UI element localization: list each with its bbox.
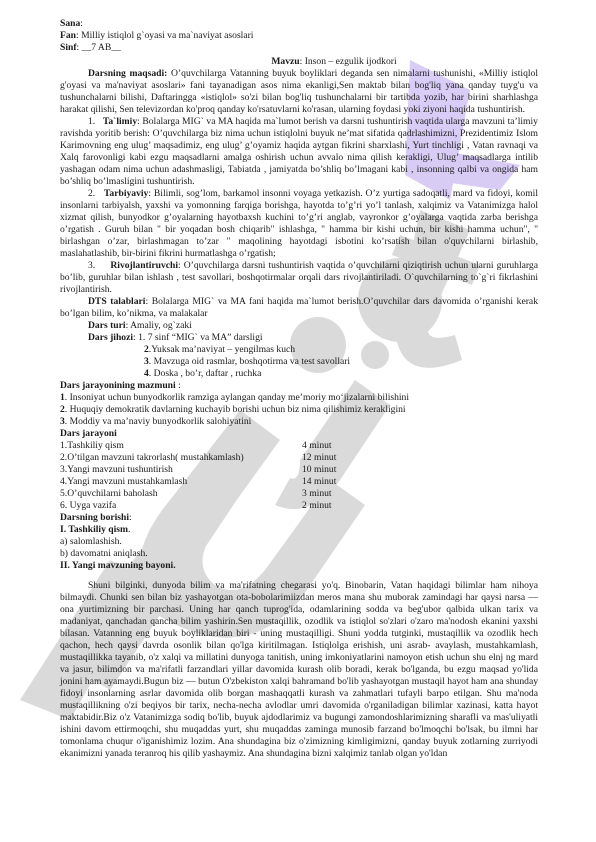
jihoz-text: . 7 sinf “MIG` va MA” darsligi (143, 332, 263, 343)
jihoz-item: 2.Yuksak ma’naviyat – yengilmas kuch (60, 344, 538, 356)
dts-label: DTS talablari (88, 296, 145, 307)
schedule-row: 2.O’tilgan mavzuni takrorlash( mustahkam… (60, 452, 538, 464)
section1-suffix: . (128, 524, 130, 535)
goal-label: Ta`limiy (103, 116, 137, 127)
goal-label: Tarbiyaviy (104, 188, 148, 199)
mazmun-text: . Moddiy va ma’naviy bunyodkorlik salohi… (65, 416, 252, 427)
dars-turi-line: Dars turi: Amaliy, og`zaki (60, 320, 538, 332)
mavzu-value: Inson – ezgulik ijodkori (305, 56, 397, 67)
mavzu-label: Mavzu (271, 56, 299, 67)
goal-talimiy: 1. Ta`limiy: Bolalarga MIG` va MA haqida… (60, 116, 538, 188)
maqsad-label: Darsning maqsadi: (88, 68, 167, 79)
fan-line: Fan: Milliy istiqlol g`oyasi va ma`naviy… (60, 30, 538, 42)
schedule-row: 6. Uyga vazifa2 minut (60, 500, 538, 512)
schedule-task: 4.Yangi mavzuni mustahkamlash (60, 476, 302, 488)
jarayon-heading: Dars jarayoni (60, 428, 538, 440)
schedule-row: 5.O’quvchilarni baholash3 minut (60, 488, 538, 500)
section1-title: I. Tashkiliy qism (60, 524, 128, 535)
lesson-plan: Sana: Fan: Milliy istiqlol g`oyasi va ma… (60, 18, 538, 760)
schedule-task: 5.O’quvchilarni baholash (60, 488, 302, 500)
schedule-duration: 3 minut (302, 488, 362, 500)
schedule-table: 1.Tashkiliy qism4 minut2.O’tilgan mavzun… (60, 440, 538, 512)
dts-paragraph: DTS talablari: Bolalarga MIG` va MA fani… (60, 296, 538, 320)
borishi-suffix: : (129, 512, 132, 523)
fan-value: Milliy istiqlol g`oyasi va ma`naviyat as… (81, 30, 253, 41)
goal-number: 2. (88, 188, 95, 199)
mazmun-item: 2. Huquqiy demokratik davlarning kuchayi… (60, 404, 538, 416)
goal-rivojlantiruvchi: 3. Rivojlantiruvchi: O’quvchilarga darsn… (60, 260, 538, 296)
goal-number: 1. (88, 116, 95, 127)
jihoz-text: . Mavzuga oid rasmlar, boshqotirma va te… (149, 356, 350, 367)
schedule-task: 1.Tashkiliy qism (60, 440, 302, 452)
borishi-heading: Darsning borishi: (60, 512, 538, 524)
goal-label: Rivojlantiruvchi (110, 260, 178, 271)
sinf-value: __7 AB__ (82, 42, 121, 53)
dars-turi-value: : Amaliy, og`zaki (126, 320, 192, 331)
fan-label: Fan (60, 30, 76, 41)
mazmun-label: Dars jarayonining mazmuni (60, 380, 176, 391)
sana-label: Sana (60, 18, 80, 29)
schedule-duration: 4 minut (302, 440, 362, 452)
section1-item: b) davomatni aniqlash. (60, 548, 538, 560)
mazmun-item: 3. Moddiy va ma’naviy bunyodkorlik saloh… (60, 416, 538, 428)
mazmun-suffix: : (176, 380, 181, 391)
mazmun-item: 1. Insoniyat uchun bunyodkorlik ramziga … (60, 392, 538, 404)
schedule-duration: 12 minut (302, 452, 362, 464)
schedule-task: 6. Uyga vazifa (60, 500, 302, 512)
mazmun-text: . Insoniyat uchun bunyodkorlik ramziga a… (65, 392, 409, 403)
borishi-label: Darsning borishi (60, 512, 129, 523)
section2-heading: II. Yangi mavzuning bayoni. (60, 560, 538, 572)
mazmun-heading: Dars jarayonining mazmuni : (60, 380, 538, 392)
schedule-duration: 10 minut (302, 464, 362, 476)
schedule-row: 1.Tashkiliy qism4 minut (60, 440, 538, 452)
jihoz-item: 3. Mavzuga oid rasmlar, boshqotirma va t… (60, 356, 538, 368)
goal-number: 3. (88, 260, 95, 271)
schedule-duration: 2 minut (302, 500, 362, 512)
sinf-label: Sinf (60, 42, 77, 53)
maqsad-paragraph: Darsning maqsadi: O’quvchilarga Vatannin… (60, 68, 538, 116)
body-paragraph: Shuni bilginki, dunyoda bilim va ma'rifa… (60, 580, 538, 760)
section1-item: a) salomlashish. (60, 536, 538, 548)
goal-tarbiyaviy: 2. Tarbiyaviy: Bilimli, sog’lom, barkamo… (60, 188, 538, 260)
jihoz-item: 4. Doska , bo’r, daftar , ruchka (60, 368, 538, 380)
jihoz-text: . Doska , bo’r, daftar , ruchka (149, 368, 262, 379)
schedule-duration: 14 minut (302, 476, 362, 488)
sana-line: Sana: (60, 18, 538, 30)
sinf-line: Sinf: __7 AB__ (60, 42, 538, 54)
schedule-row: 3.Yangi mavzuni tushuntirish10 minut (60, 464, 538, 476)
jihoz-text: .Yuksak ma’naviyat – yengilmas kuch (149, 344, 295, 355)
schedule-row: 4.Yangi mavzuni mustahkamlash14 minut (60, 476, 538, 488)
schedule-task: 3.Yangi mavzuni tushuntirish (60, 464, 302, 476)
schedule-task: 2.O’tilgan mavzuni takrorlash( mustahkam… (60, 452, 302, 464)
document-page: Sana: Fan: Milliy istiqlol g`oyasi va ma… (0, 0, 596, 842)
dars-turi-label: Dars turi (88, 320, 126, 331)
mavzu-line: Mavzu: Inson – ezgulik ijodkori (60, 56, 538, 68)
mazmun-text: . Huquqiy demokratik davlarning kuchayib… (65, 404, 406, 415)
dars-jihozi-label: Dars jihozi (88, 332, 133, 343)
section1-heading: I. Tashkiliy qism. (60, 524, 538, 536)
dars-jihozi-line: Dars jihozi: 1. 7 sinf “MIG` va MA” dars… (60, 332, 538, 344)
